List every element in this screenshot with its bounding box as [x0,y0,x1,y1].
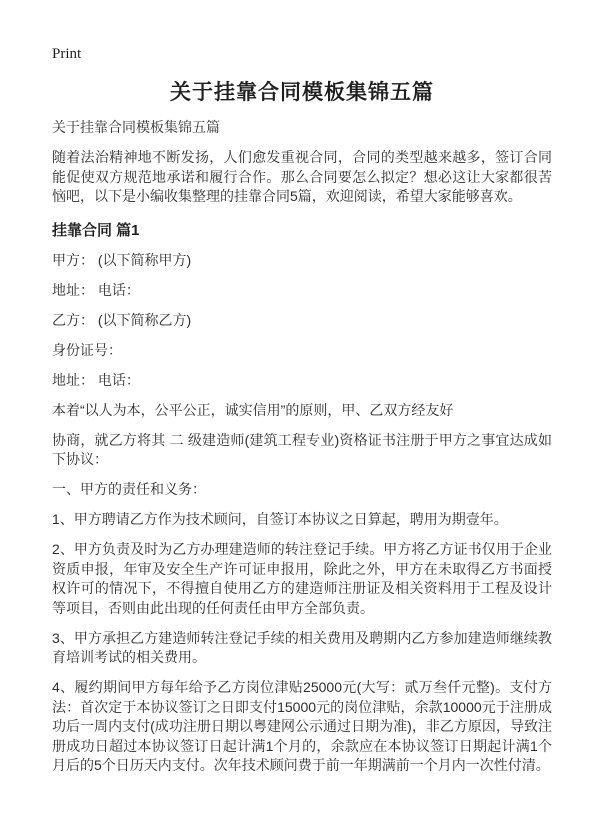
clause-1-item-2: 2、甲方负责及时为乙方办理建造师的转注登记手续。甲方将乙方证书仅用于企业资质申报… [52,540,552,618]
intro-paragraph: 随着法治精神地不断发扬，人们愈发重视合同，合同的类型越来越多，签订合同能促使双方… [52,148,552,207]
page-title: 关于挂靠合同模板集锦五篇 [52,79,552,107]
clause-1-item-1: 1、甲方聘请乙方作为技术顾问，自签订本协议之日算起，聘用为期壹年。 [52,510,552,530]
party-b-id-line: 身份证号： [52,341,552,361]
party-a-line: 甲方： (以下简称甲方) [52,251,552,271]
print-button[interactable]: Print [52,45,81,64]
party-a-address-phone-line: 地址： 电话： [52,281,552,301]
document-page: Print 关于挂靠合同模板集锦五篇 关于挂靠合同模板集锦五篇 随着法治精神地不… [0,0,600,828]
doc-subtitle: 关于挂靠合同模板集锦五篇 [52,118,552,138]
principle-paragraph: 本着“以人为本，公平公正，诚实信用”的原则，甲、乙双方经友好 [52,401,552,421]
party-b-line: 乙方： (以下简称乙方) [52,311,552,331]
party-b-address-phone-line: 地址： 电话： [52,371,552,391]
clause-1-heading: 一、甲方的责任和义务： [52,480,552,500]
agreement-scope-paragraph: 协商，就乙方将其 二 级建造师(建筑工程专业)资格证书注册于甲方之事宜达成如下协… [52,431,552,470]
section-heading-1: 挂靠合同 篇1 [52,221,552,241]
clause-1-item-3: 3、甲方承担乙方建造师转注登记手续的相关费用及聘期内乙方参加建造师继续教育培训考… [52,629,552,668]
clause-1-item-4: 4、履约期间甲方每年给予乙方岗位津贴25000元(大写：贰万叁仟元整)。支付方法… [52,678,552,776]
